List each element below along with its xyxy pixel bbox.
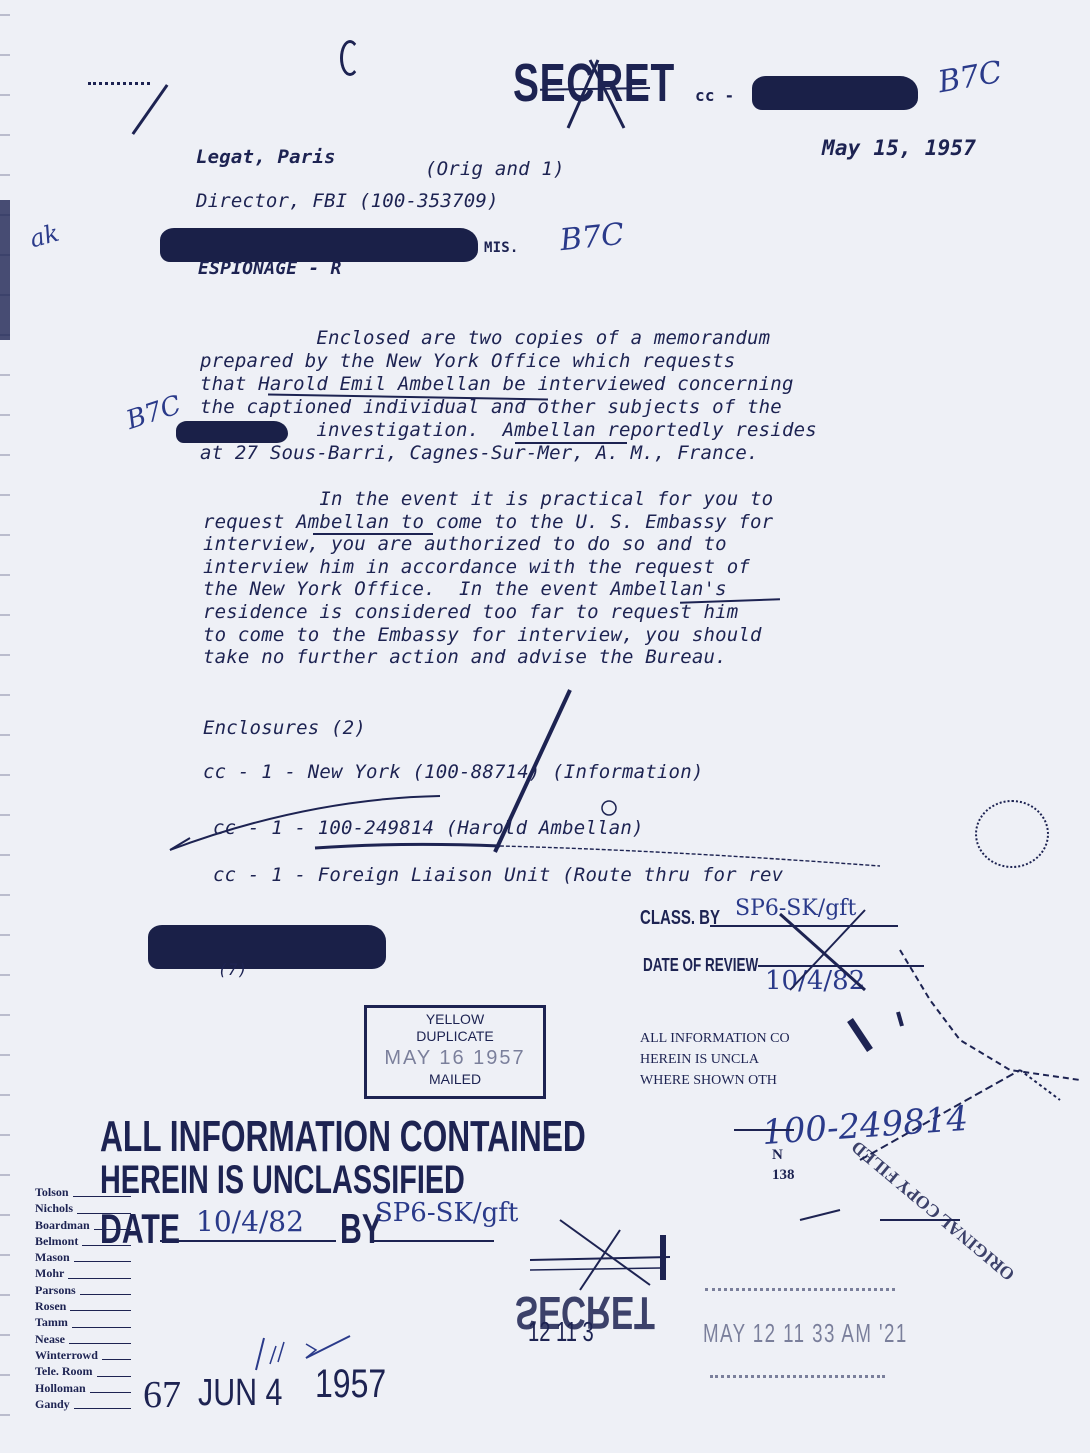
stamp-line: HEREIN IS UNCLA (640, 1049, 790, 1070)
text-line: request Ambellan to come to the U. S. Em… (203, 511, 773, 534)
routing-row: Boardman (35, 1217, 131, 1233)
stamp-line: DUPLICATE (367, 1028, 543, 1045)
routing-row: Tele. Room (35, 1363, 131, 1379)
strike-x (540, 50, 650, 130)
subject-redaction (160, 228, 478, 262)
bottom-time-stamp-right: MAY 12 11 33 AM '21 (703, 1318, 908, 1349)
file-number-strike (734, 1129, 794, 1131)
stamp-line: WHERE SHOWN OTH (640, 1070, 790, 1091)
subject-suffix: MIS. (484, 240, 519, 256)
text-line: In the event it is practical for you to (203, 488, 773, 511)
routing-row: Tolson (35, 1184, 131, 1200)
file-stamp-small: N 138 (772, 1145, 795, 1185)
routing-list: Tolson Nichols Boardman Belmont Mason Mo… (35, 1184, 131, 1412)
declass-date-value: 10/4/82 (196, 1205, 304, 1238)
redaction-block (148, 925, 386, 969)
stamp-date: MAY 16 1957 (367, 1045, 543, 1071)
received-stamp-date: JUN 4 (198, 1372, 282, 1415)
text-line: Enclosed are two copies of a memorandum (200, 327, 817, 350)
routing-row: Belmont (35, 1233, 131, 1249)
declass-by-value: SP6-SK/gft (375, 1198, 518, 1228)
routing-row: Mason (35, 1249, 131, 1265)
date-of-review-label: DATE OF REVIEW (643, 955, 758, 976)
declassification-stamp-line-2: HEREIN IS UNCLASSIFIED (100, 1158, 465, 1203)
text-line: that Harold Emil Ambellan be interviewed… (200, 373, 817, 396)
text-line: at 27 Sous-Barri, Cagnes-Sur-Mer, A. M.,… (200, 442, 817, 465)
routing-row: Rosen (35, 1298, 131, 1314)
routing-row: Holloman (35, 1380, 131, 1396)
routing-row: Nease (35, 1331, 131, 1347)
routing-row: Parsons (35, 1282, 131, 1298)
info-stamp-partial: ALL INFORMATION CO HEREIN IS UNCLA WHERE… (640, 1028, 790, 1091)
crossed-stamp-fragment (520, 1215, 670, 1295)
routing-row: Nichols (35, 1200, 131, 1216)
handwritten-check-strokes (160, 680, 920, 900)
handwritten-underline (515, 442, 627, 444)
routing-row: Tamm (35, 1314, 131, 1330)
text-line: to come to the Embassy for interview, yo… (203, 624, 773, 647)
memo-to: Legat, Paris (196, 146, 336, 168)
left-margin-stamp-fragment (0, 200, 10, 340)
cc-prefix: cc - (695, 86, 734, 105)
circle-stamp-mark (975, 800, 1049, 868)
paragraph-2: In the event it is practical for you to … (203, 488, 773, 669)
handwritten-exemption-code: B7C (935, 55, 1004, 101)
text-line: investigation. Ambellan reportedly resid… (200, 419, 817, 442)
text-line: interview him in accordance with the req… (203, 556, 773, 579)
handwritten-exemption-code: B7C (558, 217, 625, 259)
text-line: interview, you are authorized to do so a… (203, 533, 773, 556)
stray-stroke (132, 84, 169, 135)
text-line: take no further action and advise the Bu… (203, 646, 773, 669)
stamp-line: ALL INFORMATION CO (640, 1028, 790, 1049)
memo-from: Director, FBI (100-353709) (196, 190, 499, 212)
text-line: the New York Office. In the event Ambell… (203, 578, 773, 601)
declass-date-line (160, 1240, 336, 1242)
memo-date: May 15, 1957 (822, 136, 976, 160)
stamp-line: 138 (772, 1165, 795, 1185)
stray-mark (340, 40, 360, 76)
stamp-line: YELLOW (367, 1011, 543, 1028)
redaction-block (752, 76, 918, 110)
handwritten-underline (313, 533, 433, 535)
memo-to-note: (Orig and 1) (425, 158, 565, 180)
declassification-stamp-line-1: ALL INFORMATION CONTAINED (100, 1112, 586, 1162)
bottom-secret-stamp: SECRET (515, 1286, 655, 1340)
redaction-note: (7) (218, 960, 248, 979)
subject-line: ESPIONAGE - R (198, 258, 341, 279)
stray-mark (88, 68, 150, 85)
received-stamp-prefix: 67 (143, 1373, 181, 1417)
yellow-duplicate-stamp: YELLOW DUPLICATE MAY 16 1957 MAILED (364, 1005, 546, 1099)
text-line: residence is considered too far to reque… (203, 601, 773, 624)
margin-initials: ak (27, 219, 62, 254)
stamp-line: MAILED (367, 1071, 543, 1088)
stamp-line: N (772, 1145, 795, 1165)
routing-row: Gandy (35, 1396, 131, 1412)
faint-stamp-line (710, 1372, 885, 1378)
text-line: prepared by the New York Office which re… (200, 350, 817, 373)
routing-row: Mohr (35, 1265, 131, 1281)
faint-stamp-line (705, 1285, 895, 1291)
class-by-label: CLASS. BY (640, 907, 720, 930)
declass-by-line (374, 1240, 494, 1242)
handwritten-initials (250, 1332, 360, 1372)
redaction-block (176, 421, 288, 443)
routing-row: Winterrowd (35, 1347, 131, 1363)
